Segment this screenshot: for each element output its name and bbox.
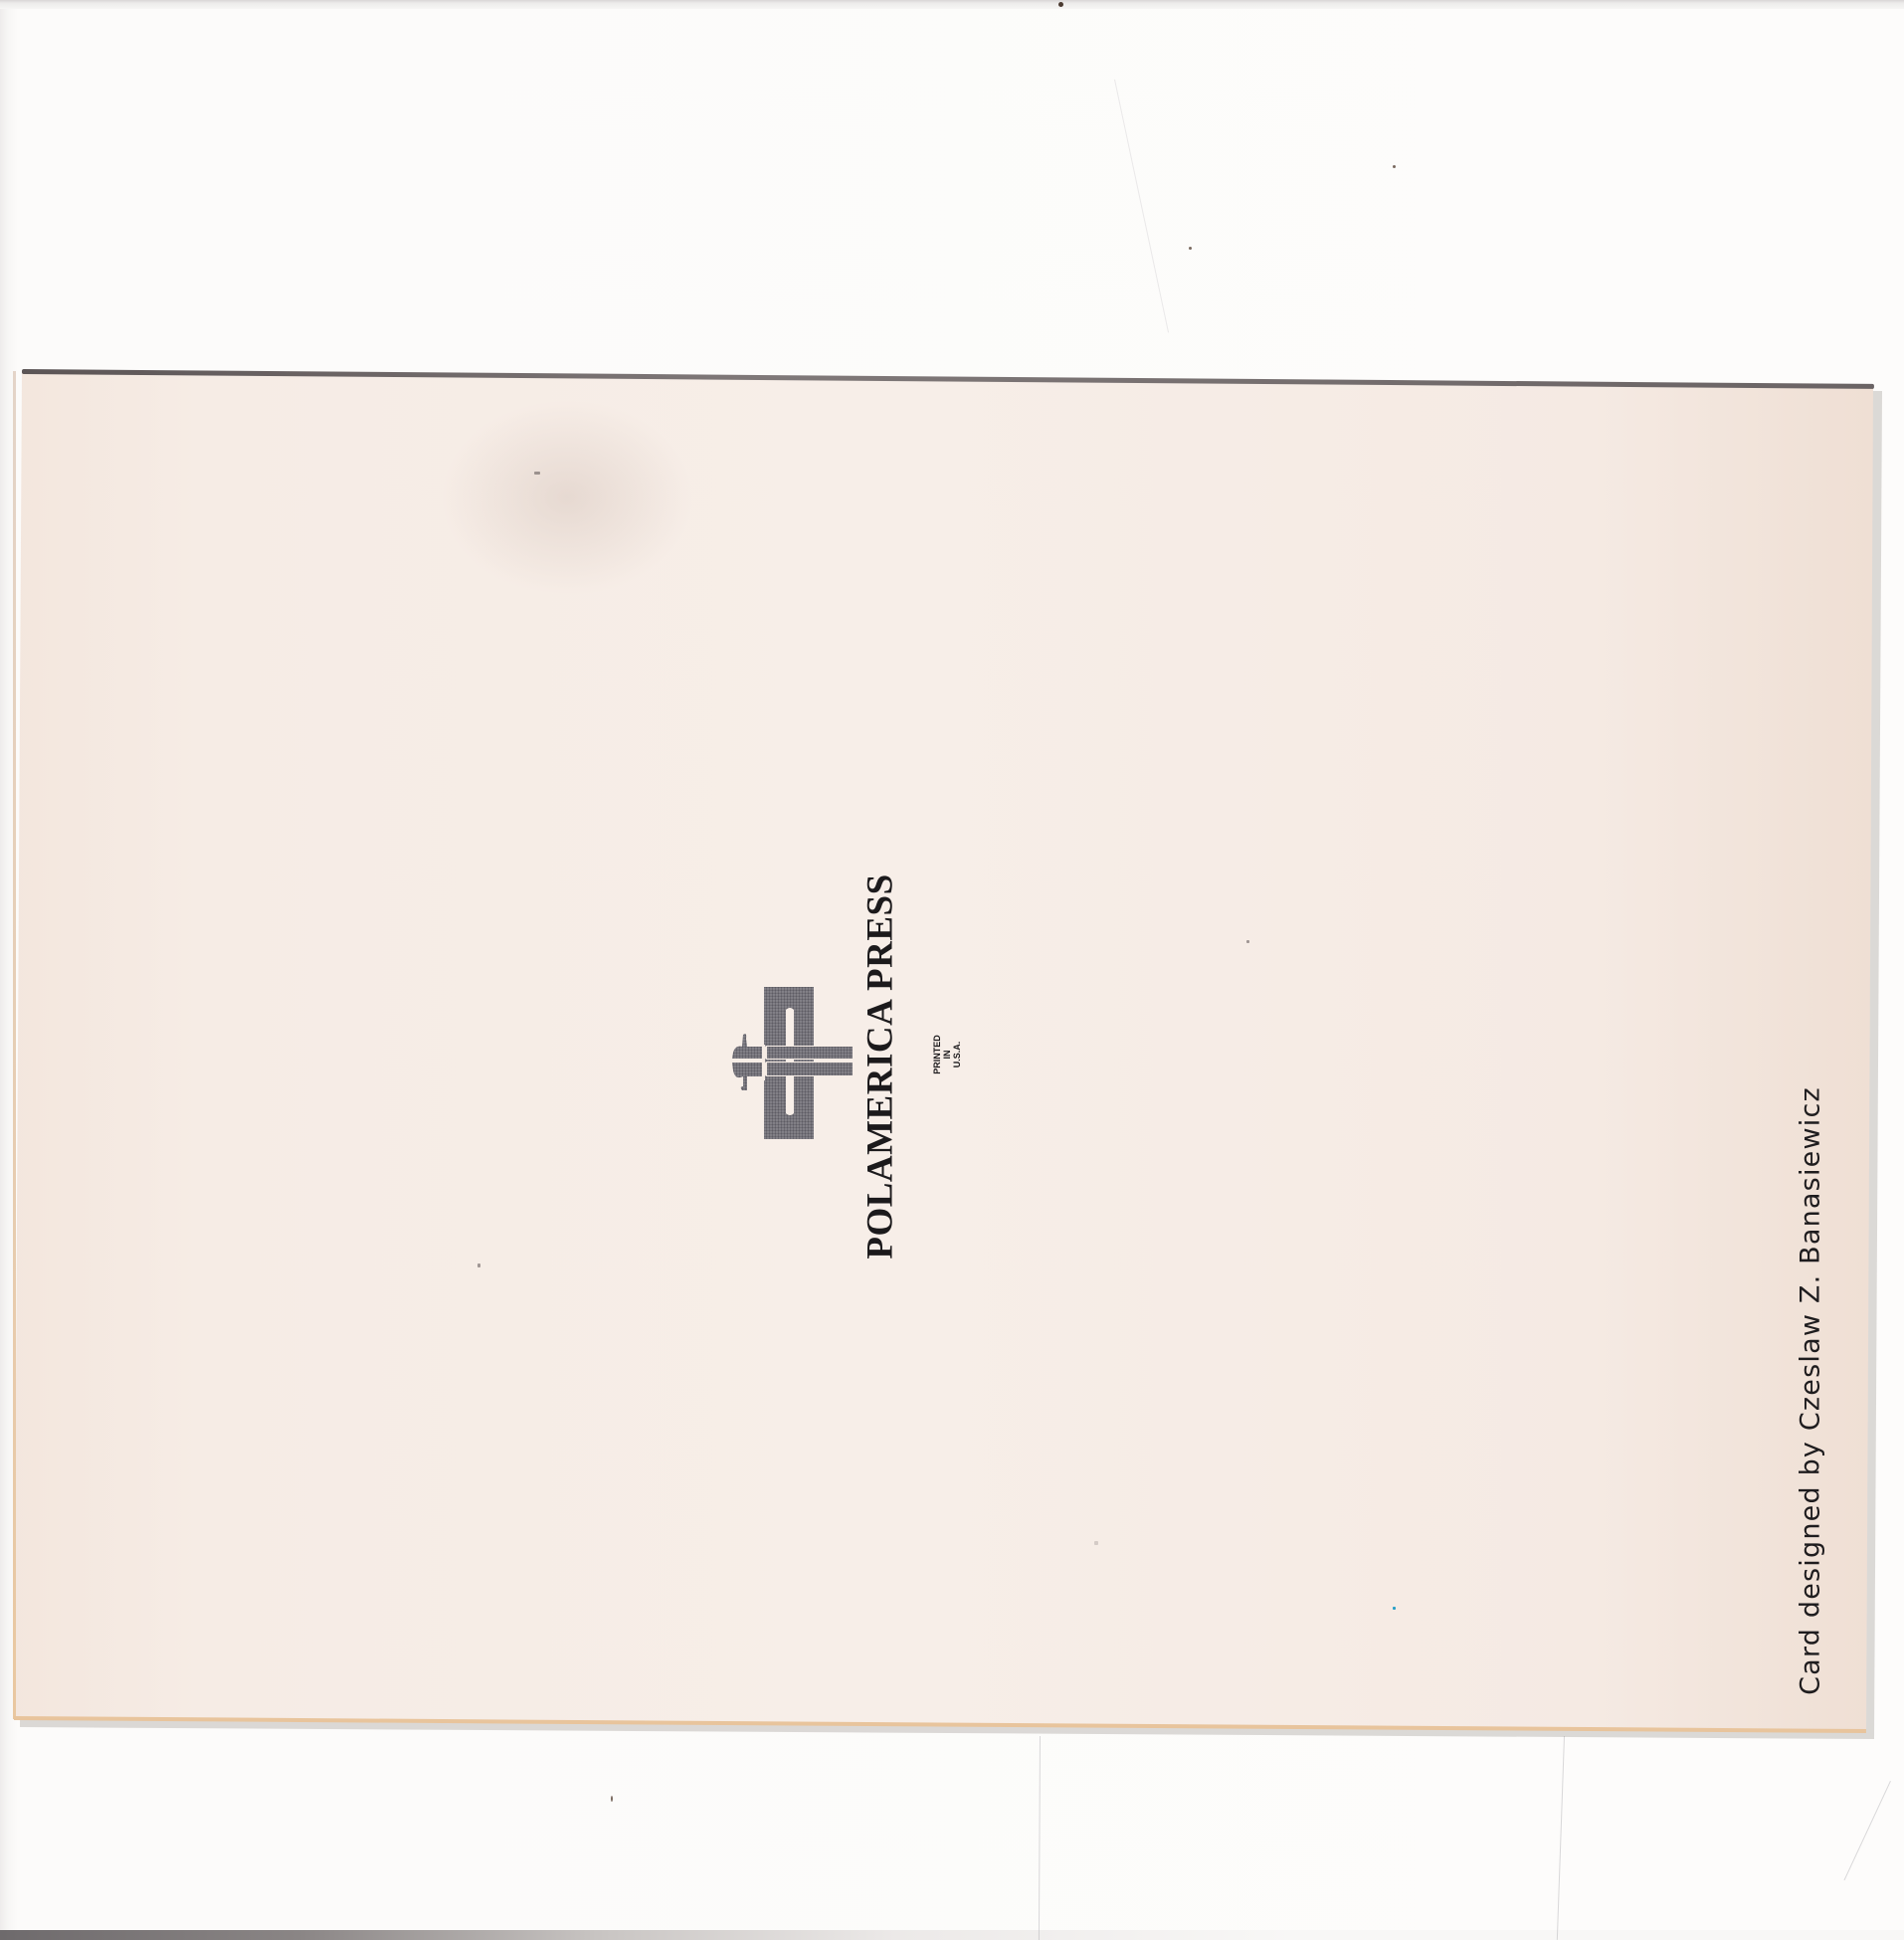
publisher-logo-icon <box>729 983 857 1144</box>
publisher-name: POLAMERICA PRESS <box>862 873 899 1259</box>
card-speck <box>1094 1541 1098 1545</box>
card-speck <box>534 472 540 475</box>
background-speck <box>1189 247 1192 250</box>
designer-credit: Card designed by Czeslaw Z. Banasiewicz <box>1798 1086 1824 1695</box>
printed-line-1: PRINTED <box>932 1035 942 1074</box>
card-speck <box>1393 1607 1396 1610</box>
background-speck <box>1393 165 1396 168</box>
printed-in-usa: PRINTED IN U.S.A. <box>932 1035 962 1074</box>
scanner-bottom-edge <box>0 1930 1904 1940</box>
scanner-top-edge <box>0 0 1904 9</box>
card-speck <box>1246 940 1249 943</box>
printed-line-3: U.S.A. <box>952 1035 962 1074</box>
background-speck <box>1058 2 1063 7</box>
background-speck <box>611 1796 613 1802</box>
card-speck <box>477 1263 480 1267</box>
printed-line-2: IN <box>942 1035 952 1074</box>
card-left-edge <box>13 371 16 1719</box>
